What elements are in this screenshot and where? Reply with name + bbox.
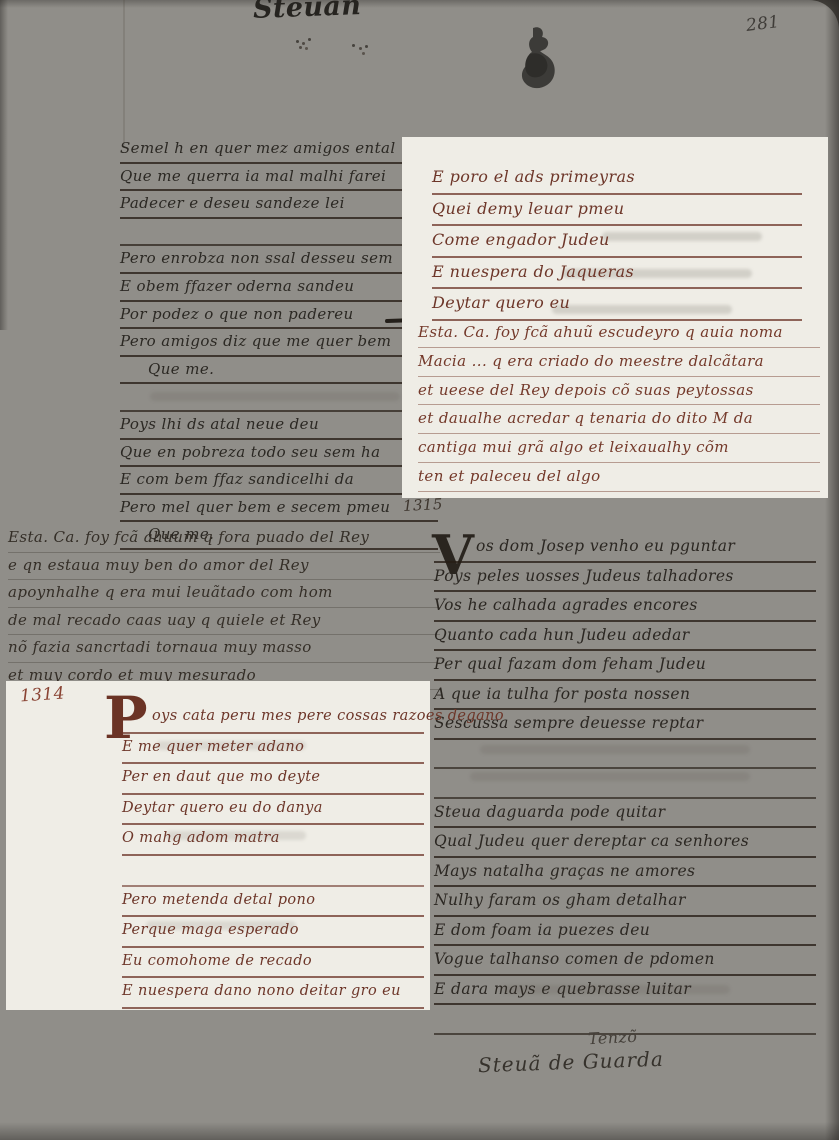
- verse-line: Que en pobreza todo seu sem ha: [120, 440, 438, 468]
- rubric-line: apoynhalhe q era mui leuãtado com hom: [8, 580, 440, 608]
- ink-specks: [296, 40, 299, 43]
- verse-line: Pero amigos diz que me quer bem: [120, 329, 438, 357]
- verse-line: Per qual fazam dom feham Judeu: [434, 651, 816, 681]
- verse-line: E com bem ffaz sandicelhi da: [120, 467, 438, 495]
- verse-line: Vos he calhada agrades encores: [434, 592, 816, 622]
- rubric-line: cantiga mui grã algo et leixaualhy cõm: [418, 434, 820, 463]
- bleed-through: [150, 392, 400, 401]
- verse-line: Padecer e deseu sandeze lei: [120, 191, 438, 219]
- folio-number: 281: [745, 12, 781, 36]
- verse-line: Deytar quero eu: [432, 289, 802, 321]
- ink-blot: [500, 24, 570, 99]
- bleed-through: [470, 772, 750, 781]
- ink-specks: [352, 44, 355, 47]
- verse-line: Quei demy leuar pmeu: [432, 195, 802, 227]
- rubric-block: Esta. Ca. foy fcã ahuũ escudeyro q auia …: [418, 319, 820, 492]
- verse-block: E poro el ads primeyras Quei demy leuar …: [432, 163, 802, 321]
- page-edge-top: [0, 0, 839, 8]
- verse-line: Perque maga esperado: [122, 917, 424, 948]
- page-edge-bottom: [0, 1122, 839, 1140]
- rubric-line: nõ fazia sancrtadi tornaua muy masso: [8, 635, 440, 663]
- right-column: os dom Josep venho eu pguntar Poys peles…: [434, 533, 816, 1035]
- rubric-line: ten et paleceu del algo: [418, 463, 820, 492]
- verse-line: Qual Judeu quer dereptar ca senhores: [434, 828, 816, 858]
- ruled-line: [120, 219, 438, 247]
- verse-line: Steua daguarda pode quitar: [434, 799, 816, 829]
- ruled-line: [434, 740, 816, 770]
- verse-line: Eu comohome de recado: [122, 948, 424, 979]
- verse-line: E dom foam ia puezes deu: [434, 917, 816, 947]
- verse-line: E poro el ads primeyras: [432, 163, 802, 195]
- margin-number-1315: 1315: [403, 495, 444, 515]
- margin-number-1314: 1314: [19, 683, 65, 706]
- verse-line: Per en daut que mo deyte: [122, 764, 424, 795]
- verse-line: Pero metenda detal pono: [122, 887, 424, 918]
- verse-line: E nuespera dano nono deitar gro eu: [122, 978, 424, 1009]
- verse-line: Semel h en quer mez amigos ental: [120, 136, 438, 164]
- rubric-line: e qn estaua muy ben do amor del Rey: [8, 553, 440, 581]
- verse-line: Poys peles uosses Judeus talhadores: [434, 563, 816, 593]
- verse-line: O mahg adom matra: [122, 825, 424, 856]
- verse-line: Vogue talhanso comen de pdomen: [434, 946, 816, 976]
- verse-line: Quanto cada hun Judeu adedar: [434, 622, 816, 652]
- highlight-region-bottom-left: 1314 P oys cata peru mes pere cossas raz…: [6, 681, 430, 1010]
- verse-line: Nulhy faram os gham detalhar: [434, 887, 816, 917]
- verse-line: E nuespera do Jaqueras: [432, 258, 802, 290]
- rubric-line: et ueese del Rey depois cõ suas peytossa…: [418, 377, 820, 406]
- verse-line: Pero mel quer bem e secem pmeu: [120, 495, 438, 523]
- verse-line: E obem ffazer oderna sandeu: [120, 274, 438, 302]
- genre-label: Tenzõ: [588, 1027, 638, 1049]
- rubric-line: Esta. Ca. foy fcã ahuum q fora puado del…: [8, 525, 440, 553]
- bleed-through: [480, 745, 750, 754]
- verse-line: Pero enrobza non ssal desseu sem: [120, 246, 438, 274]
- bleed-through: [500, 985, 730, 994]
- verse-line: Mays natalha graças ne amores: [434, 858, 816, 888]
- author-attribution: Steuã de Guarda: [478, 1047, 665, 1077]
- rubric-line: Esta. Ca. foy fcã ahuũ escudeyro q auia …: [418, 319, 820, 348]
- refrain-line: Que me.: [120, 357, 438, 385]
- verse-line: E me quer meter adano: [122, 734, 424, 765]
- verse-block: oys cata peru mes pere cossas razoes deg…: [122, 703, 424, 1009]
- manuscript-page: Steuan 281 Semel h en quer mez amigos en…: [0, 0, 839, 1140]
- margin-rubric-left: Esta. Ca. foy fcã ahuum q fora puado del…: [8, 525, 440, 690]
- highlight-region-top-right: E poro el ads primeyras Quei demy leuar …: [402, 137, 828, 498]
- verse-line: Poys lhi ds atal neue deu: [120, 412, 438, 440]
- verse-line: Que me querra ia mal malhi farei: [120, 164, 438, 192]
- verse-line: Deytar quero eu do danya: [122, 795, 424, 826]
- verse-line: Come engador Judeu: [432, 226, 802, 258]
- verse-line: Por podez o que non padereu: [120, 302, 438, 330]
- left-column: Semel h en quer mez amigos ental Que me …: [120, 136, 438, 550]
- header-scribble: Steuan: [252, 0, 361, 25]
- fold-line: [123, 0, 125, 145]
- rubric-line: de mal recado caas uay q quiele et Rey: [8, 608, 440, 636]
- verse-line: os dom Josep venho eu pguntar: [434, 533, 816, 563]
- page-edge-left: [0, 0, 8, 330]
- rubric-line: et daualhe acredar q tenaria do dito M d…: [418, 405, 820, 434]
- verse-line: oys cata peru mes pere cossas razoes deg…: [122, 703, 424, 734]
- verse-line: A que ia tulha for posta nossen: [434, 681, 816, 711]
- ruled-line: [122, 856, 424, 887]
- rubric-line: Macia ... q era criado do meestre dalcãt…: [418, 348, 820, 377]
